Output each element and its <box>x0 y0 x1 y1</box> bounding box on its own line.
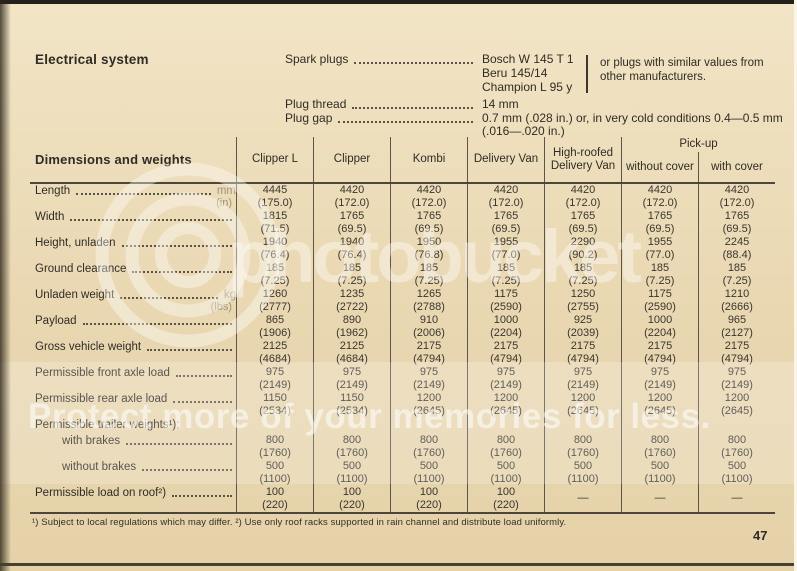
value-secondary: (220) <box>314 499 390 512</box>
row-label-line: Gross vehicle weight <box>35 340 236 353</box>
dotted-leader <box>122 245 232 247</box>
value-secondary: (172.0) <box>468 197 544 210</box>
row-unit-secondary <box>35 275 236 288</box>
row-label-line: Ground clearance <box>35 262 236 275</box>
value-cell: — <box>544 486 621 512</box>
value-primary: 2175 <box>545 340 621 353</box>
table-header-row: Dimensions and weights Clipper LClipperK… <box>30 137 775 184</box>
value-primary: — <box>699 486 775 510</box>
value-secondary: (88.4) <box>699 249 775 262</box>
pickup-group-header: Pick-up <box>622 137 775 152</box>
value-secondary: (1962) <box>314 327 390 340</box>
value-primary: 2175 <box>391 340 467 353</box>
value-secondary: (2006) <box>391 327 467 340</box>
footnotes: ¹) Subject to local regulations which ma… <box>32 517 762 528</box>
value-primary: 4420 <box>622 184 698 197</box>
plug-gap-value: 0.7 mm (.028 in.) or, in very cold condi… <box>482 111 783 125</box>
dotted-leader <box>354 52 473 64</box>
value-secondary: (2590) <box>468 301 544 314</box>
value-cell: 100(220) <box>236 486 313 512</box>
page-bottom-edge <box>0 563 797 566</box>
column-header: Clipper L <box>236 137 313 182</box>
value-cell: 100(220) <box>313 486 390 512</box>
value-secondary: (172.0) <box>622 197 698 210</box>
value-cell: 4420(172.0) <box>621 184 698 210</box>
value-secondary: (172.0) <box>391 197 467 210</box>
value-primary: 2125 <box>314 340 390 353</box>
spark-plug-value: Champion L 95 y <box>482 80 574 94</box>
value-primary: 1765 <box>699 210 775 223</box>
value-cell: 890(1962) <box>313 314 390 340</box>
value-cell: 2245(88.4) <box>698 236 775 262</box>
dotted-leader <box>172 495 232 497</box>
page-number: 47 <box>753 528 767 543</box>
value-secondary: (172.0) <box>314 197 390 210</box>
row-label-cell: Height, unladen <box>30 236 236 262</box>
column-header: Kombi <box>390 137 467 182</box>
row-label: Unladen weight <box>35 289 114 301</box>
table-title: Dimensions and weights <box>30 137 236 182</box>
column-header: High-roofed Delivery Van <box>544 137 621 182</box>
row-label: Payload <box>35 315 77 327</box>
value-primary: 100 <box>468 486 544 499</box>
spark-plugs-note-divider <box>586 55 588 93</box>
row-unit-secondary <box>35 223 236 236</box>
dotted-leader <box>120 297 218 299</box>
row-label-cell: Unladen weightkg(lbs) <box>30 288 236 314</box>
value-cell: 965(2127) <box>698 314 775 340</box>
dotted-leader <box>352 97 473 109</box>
value-secondary: (69.5) <box>699 223 775 236</box>
row-label: Gross vehicle weight <box>35 341 141 353</box>
value-secondary: (2788) <box>391 301 467 314</box>
dotted-leader <box>70 219 232 221</box>
value-cell: — <box>621 486 698 512</box>
value-primary: 2175 <box>699 340 775 353</box>
value-cell: 1210(2666) <box>698 288 775 314</box>
spark-plug-value: Bosch W 145 T 1 <box>482 52 574 66</box>
value-primary: 4420 <box>391 184 467 197</box>
value-primary: 100 <box>314 486 390 499</box>
plug-thread-row: Plug thread <box>285 97 477 111</box>
row-label-line: Unladen weightkg <box>35 288 236 301</box>
row-unit: mm <box>217 185 236 197</box>
column-header: Clipper <box>313 137 390 182</box>
spark-plugs-values: Bosch W 145 T 1Beru 145/14Champion L 95 … <box>482 52 574 94</box>
row-label-line: Lengthmm <box>35 184 236 197</box>
value-cell: 1000(2204) <box>621 314 698 340</box>
value-cell: 865(1906) <box>236 314 313 340</box>
table-row: Lengthmm(in)4445(175.0)4420(172.0)4420(1… <box>30 184 775 210</box>
page-binding-edge <box>0 0 11 571</box>
plug-thread-value: 14 mm <box>482 97 519 111</box>
value-cell: 4445(175.0) <box>236 184 313 210</box>
page-top-edge <box>0 0 797 4</box>
value-secondary: (2666) <box>699 301 775 314</box>
value-primary: 1000 <box>622 314 698 327</box>
plug-gap-label: Plug gap <box>285 111 332 125</box>
value-cell: 4420(172.0) <box>544 184 621 210</box>
dotted-leader <box>338 111 473 123</box>
value-secondary: (220) <box>468 499 544 512</box>
value-primary: 1210 <box>699 288 775 301</box>
value-secondary: (220) <box>237 499 313 512</box>
value-secondary: (2204) <box>622 327 698 340</box>
value-cell: 1765(69.5) <box>698 210 775 236</box>
value-secondary: (1906) <box>237 327 313 340</box>
value-cell: 4420(172.0) <box>390 184 467 210</box>
value-secondary: (172.0) <box>699 197 775 210</box>
value-cell: 4420(172.0) <box>698 184 775 210</box>
pickup-subheaders: without cover with cover <box>622 152 775 182</box>
row-label-cell: Width <box>30 210 236 236</box>
value-primary: 865 <box>237 314 313 327</box>
value-cell: 925(2039) <box>544 314 621 340</box>
value-secondary: (220) <box>391 499 467 512</box>
dotted-leader <box>132 271 232 273</box>
row-label: Permissible load on roof²) <box>35 487 166 499</box>
dotted-leader <box>147 349 232 351</box>
value-secondary: (2777) <box>237 301 313 314</box>
value-cell: 1000(2204) <box>467 314 544 340</box>
spark-plugs-label: Spark plugs <box>285 52 348 66</box>
value-primary: 100 <box>391 486 467 499</box>
plug-gap-row: Plug gap <box>285 111 477 125</box>
row-label-line: Permissible load on roof²) <box>35 486 236 499</box>
value-cell: 910(2006) <box>390 314 467 340</box>
value-secondary: (2204) <box>468 327 544 340</box>
value-cell: 100(220) <box>390 486 467 512</box>
value-primary: 2125 <box>237 340 313 353</box>
value-primary: 2245 <box>699 236 775 249</box>
value-secondary: (175.0) <box>237 197 313 210</box>
spark-plug-value: Beru 145/14 <box>482 66 574 80</box>
value-primary: 890 <box>314 314 390 327</box>
row-label-cell: Permissible load on roof²) <box>30 486 236 512</box>
row-label-line: Payload <box>35 314 236 327</box>
row-label: Width <box>35 211 64 223</box>
value-secondary: (2755) <box>545 301 621 314</box>
value-cell: 4420(172.0) <box>313 184 390 210</box>
value-cell: — <box>698 486 775 512</box>
column-header-with-cover: with cover <box>698 152 775 182</box>
value-cell: 4420(172.0) <box>467 184 544 210</box>
value-primary: 4420 <box>468 184 544 197</box>
table-row: Permissible load on roof²)100(220)100(22… <box>30 486 775 512</box>
value-secondary: (2039) <box>545 327 621 340</box>
spark-plugs-row: Spark plugs <box>285 52 477 66</box>
row-label-line: Width <box>35 210 236 223</box>
row-label-line: Height, unladen <box>35 236 236 249</box>
value-primary: 925 <box>545 314 621 327</box>
row-unit-secondary <box>35 249 236 262</box>
row-label: Height, unladen <box>35 237 116 249</box>
table-row: Payload865(1906)890(1962)910(2006)1000(2… <box>30 314 775 340</box>
value-primary: 2175 <box>468 340 544 353</box>
dotted-leader <box>76 193 211 195</box>
row-unit-secondary <box>35 327 236 340</box>
plug-gap-value-line2: (.016—.020 in.) <box>482 124 565 138</box>
pickup-column-group: Pick-up without cover with cover <box>621 137 775 182</box>
row-label-cell: Ground clearance <box>30 262 236 288</box>
scanned-manual-page: Electrical system Spark plugs Bosch W 14… <box>0 0 797 571</box>
row-label: Ground clearance <box>35 263 126 275</box>
value-primary: 4420 <box>699 184 775 197</box>
value-primary: 4420 <box>314 184 390 197</box>
value-secondary: (2127) <box>699 327 775 340</box>
value-secondary: (172.0) <box>545 197 621 210</box>
photobucket-tagline-watermark: Protect more of your memories for less. <box>28 398 711 437</box>
dotted-leader <box>83 323 232 325</box>
value-cell: 185(7.25) <box>698 262 775 288</box>
value-primary: 4420 <box>545 184 621 197</box>
plug-thread-label: Plug thread <box>285 97 346 111</box>
value-primary: 185 <box>699 262 775 275</box>
section-title-electrical-system: Electrical system <box>35 52 149 67</box>
column-header: Delivery Van <box>467 137 544 182</box>
spark-plugs-note: or plugs with similar values from other … <box>600 56 790 84</box>
column-header-without-cover: without cover <box>622 152 698 182</box>
row-label-cell: Payload <box>30 314 236 340</box>
photobucket-watermark: photobucket <box>228 220 639 294</box>
value-secondary: (2722) <box>314 301 390 314</box>
row-unit-secondary: (in) <box>35 197 236 210</box>
row-label-cell: Lengthmm(in) <box>30 184 236 210</box>
value-primary: — <box>545 486 621 510</box>
value-cell: 100(220) <box>467 486 544 512</box>
value-primary: 965 <box>699 314 775 327</box>
value-primary: 4445 <box>237 184 313 197</box>
value-primary: — <box>622 486 698 510</box>
value-secondary: (2590) <box>622 301 698 314</box>
row-unit-secondary: (lbs) <box>35 301 236 314</box>
row-unit-secondary <box>35 499 236 512</box>
value-primary: 100 <box>237 486 313 499</box>
value-secondary: (7.25) <box>699 275 775 288</box>
value-primary: 1000 <box>468 314 544 327</box>
row-label: Length <box>35 185 70 197</box>
value-primary: 910 <box>391 314 467 327</box>
value-primary: 2175 <box>622 340 698 353</box>
